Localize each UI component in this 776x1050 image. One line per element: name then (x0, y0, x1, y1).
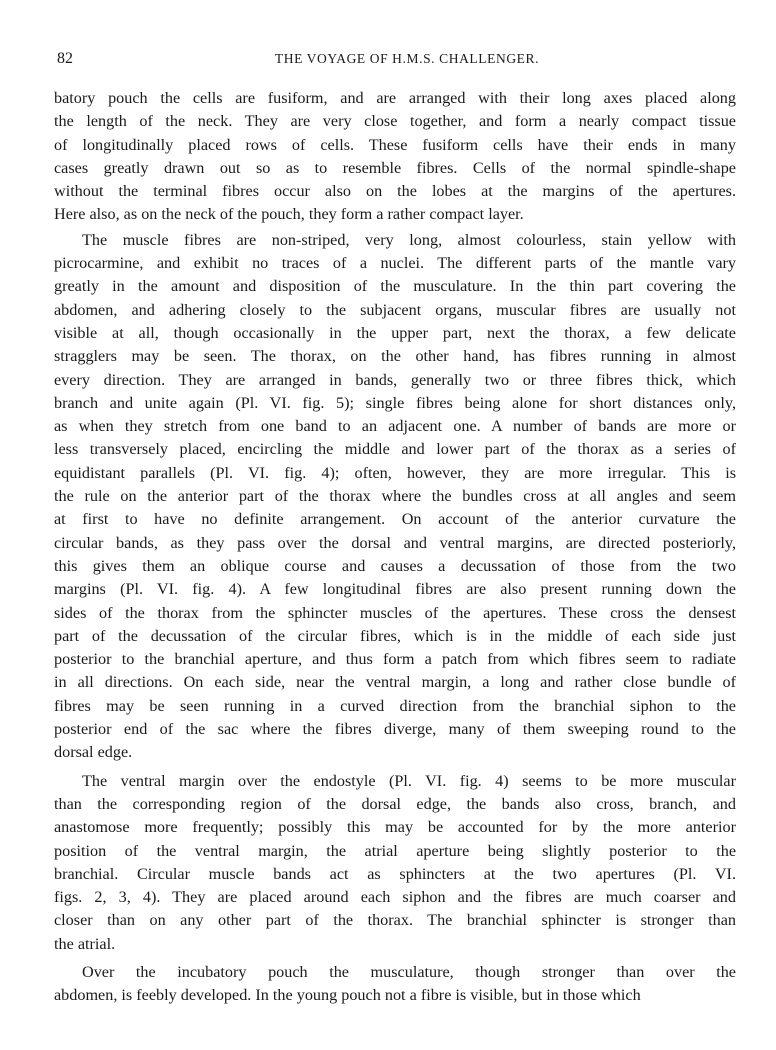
text-line: in all directions. On each side, near th… (54, 671, 736, 694)
text-line: fibres may be seen running in a curved d… (54, 695, 736, 718)
text-line: anastomose more frequently; possibly thi… (54, 816, 736, 839)
text-line: every direction. They are arranged in ba… (54, 369, 736, 392)
text-line: less transversely placed, encircling the… (54, 438, 736, 461)
text-line: cases greatly drawn out so as to resembl… (54, 157, 736, 180)
text-line: position of the ventral margin, the atri… (54, 840, 736, 863)
text-line: as when they stretch from one band to an… (54, 415, 736, 438)
text-line: posterior end of the sac where the fibre… (54, 718, 736, 741)
paragraph: The ventral margin over the endostyle (P… (54, 770, 736, 956)
text-line: The ventral margin over the endostyle (P… (54, 770, 736, 793)
text-line: Here also, as on the neck of the pouch, … (54, 203, 736, 226)
text-line: abdomen, and adhering closely to the sub… (54, 299, 736, 322)
text-line: batory pouch the cells are fusiform, and… (54, 87, 736, 110)
text-line: sides of the thorax from the sphincter m… (54, 602, 736, 625)
text-line: than the corresponding region of the dor… (54, 793, 736, 816)
text-line: picrocarmine, and exhibit no traces of a… (54, 252, 736, 275)
text-line: stragglers may be seen. The thorax, on t… (54, 345, 736, 368)
text-line: part of the decussation of the circular … (54, 625, 736, 648)
text-line: the length of the neck. They are very cl… (54, 110, 736, 133)
body-text: batory pouch the cells are fusiform, and… (54, 87, 736, 1008)
text-line: greatly in the amount and disposition of… (54, 275, 736, 298)
text-line: posterior to the branchial aperture, and… (54, 648, 736, 671)
paragraph: batory pouch the cells are fusiform, and… (54, 87, 736, 227)
paragraph: The muscle fibres are non-striped, very … (54, 229, 736, 765)
text-line: circular bands, as they pass over the do… (54, 532, 736, 555)
text-line: visible at all, though occasionally in t… (54, 322, 736, 345)
text-line: the atrial. (54, 933, 736, 956)
text-line: at first to have no definite arrangement… (54, 508, 736, 531)
page-header: 82 THE VOYAGE OF H.M.S. CHALLENGER. (57, 50, 737, 70)
text-line: dorsal edge. (54, 741, 736, 764)
text-line: figs. 2, 3, 4). They are placed around e… (54, 886, 736, 909)
text-line: The muscle fibres are non-striped, very … (54, 229, 736, 252)
text-line: closer than on any other part of the tho… (54, 909, 736, 932)
text-line: branchial. Circular muscle bands act as … (54, 863, 736, 886)
text-line: the rule on the anterior part of the tho… (54, 485, 736, 508)
text-line: Over the incubatory pouch the musculatur… (54, 961, 736, 984)
text-line: without the terminal fibres occur also o… (54, 180, 736, 203)
text-line: branch and unite again (Pl. VI. fig. 5);… (54, 392, 736, 415)
paragraph: Over the incubatory pouch the musculatur… (54, 961, 736, 1008)
text-line: of longitudinally placed rows of cells. … (54, 134, 736, 157)
text-line: abdomen, is feebly developed. In the you… (54, 984, 736, 1007)
text-line: margins (Pl. VI. fig. 4). A few longitud… (54, 578, 736, 601)
text-line: equidistant parallels (Pl. VI. fig. 4); … (54, 462, 736, 485)
running-title: THE VOYAGE OF H.M.S. CHALLENGER. (57, 51, 757, 67)
text-line: this gives them an oblique course and ca… (54, 555, 736, 578)
